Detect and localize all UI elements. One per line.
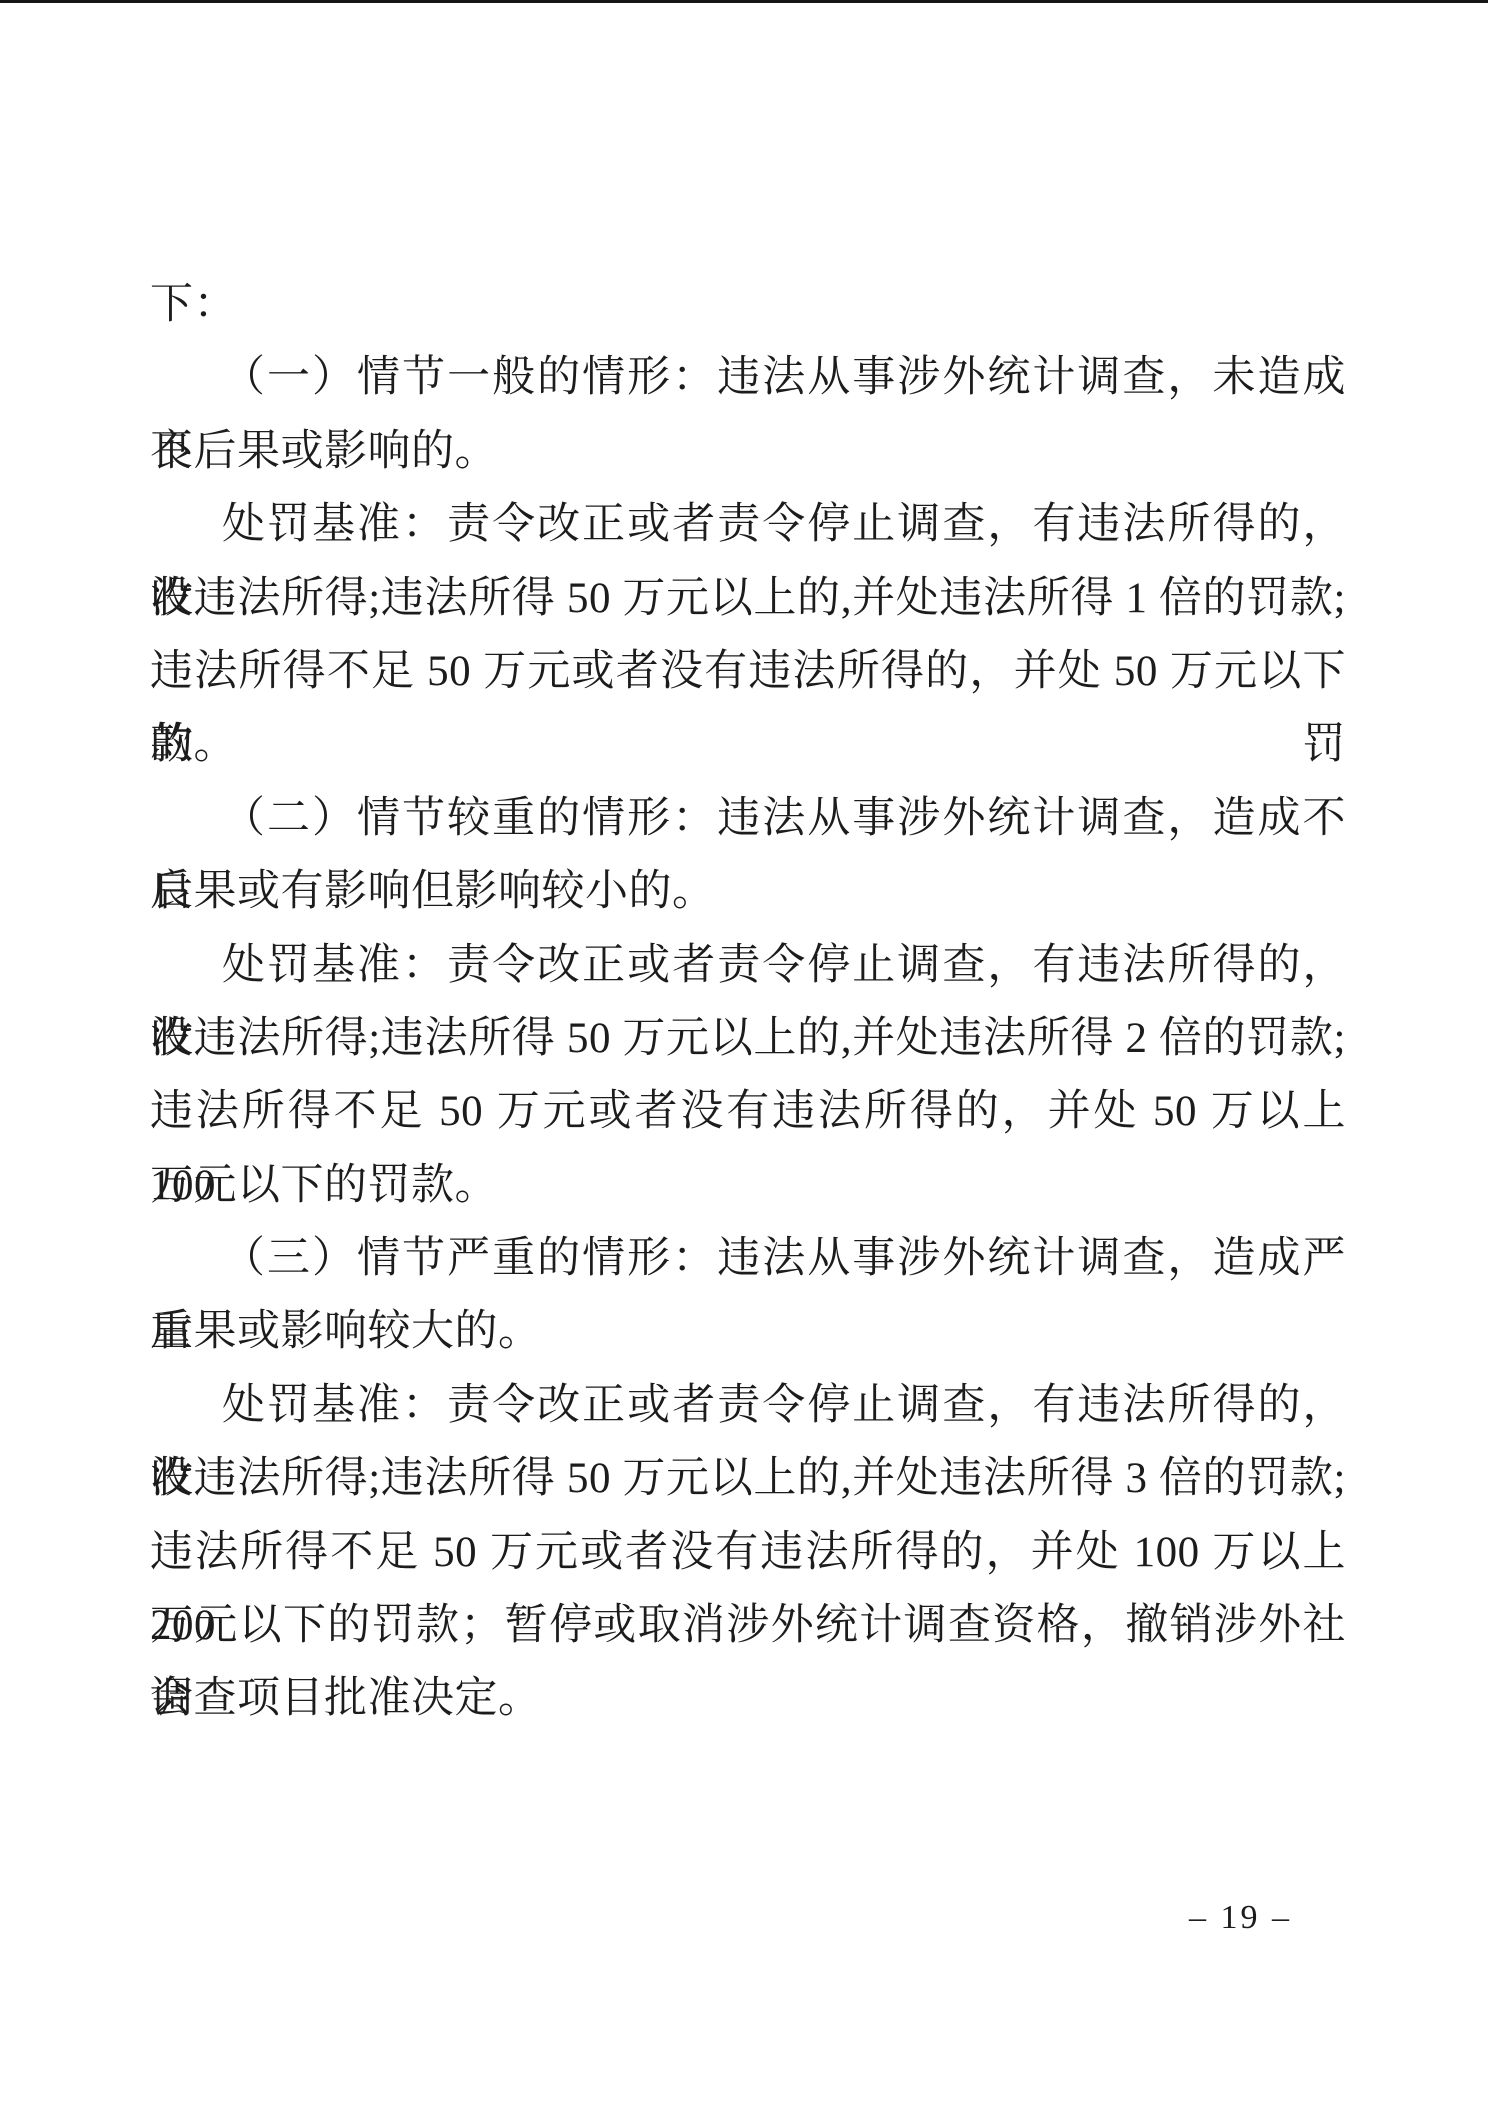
scan-border-top [0, 0, 1488, 3]
document-page: 下： （一）情节一般的情形：违法从事涉外统计调查，未造成不 良后果或影响的。 处… [150, 268, 1346, 1736]
page-number: – 19 – [1189, 1898, 1292, 1938]
text-line: 下： [150, 268, 1346, 341]
text-line: 调查项目批准决定。 [150, 1662, 1346, 1735]
text-line: 收违法所得;违法所得 50 万元以上的,并处违法所得 1 倍的罚款; [150, 562, 1346, 635]
text-line: （二）情节较重的情形：违法从事涉外统计调查，造成不良 [150, 782, 1346, 855]
text-line: 违法所得不足 50 万元或者没有违法所得的，并处 50 万元以下的罚 [150, 635, 1346, 708]
text-line: 收违法所得;违法所得 50 万元以上的,并处违法所得 2 倍的罚款; [150, 1002, 1346, 1075]
text-line: 违法所得不足 50 万元或者没有违法所得的，并处 50 万以上 100 [150, 1075, 1346, 1148]
text-line: 处罚基准：责令改正或者责令停止调查，有违法所得的，没 [150, 488, 1346, 561]
text-line: （一）情节一般的情形：违法从事涉外统计调查，未造成不 [150, 341, 1346, 414]
text-line: 后果或有影响但影响较小的。 [150, 855, 1346, 928]
text-line: 处罚基准：责令改正或者责令停止调查，有违法所得的，没 [150, 1369, 1346, 1442]
text-line: 后果或影响较大的。 [150, 1295, 1346, 1368]
text-line: （三）情节严重的情形：违法从事涉外统计调查，造成严重 [150, 1222, 1346, 1295]
text-line: 收违法所得;违法所得 50 万元以上的,并处违法所得 3 倍的罚款; [150, 1442, 1346, 1515]
text-line: 违法所得不足 50 万元或者没有违法所得的，并处 100 万以上 200 [150, 1516, 1346, 1589]
text-line: 万元以下的罚款。 [150, 1149, 1346, 1222]
text-line: 处罚基准：责令改正或者责令停止调查，有违法所得的，没 [150, 929, 1346, 1002]
text-line: 良后果或影响的。 [150, 415, 1346, 488]
text-line: 万元以下的罚款；暂停或取消涉外统计调查资格，撤销涉外社会 [150, 1589, 1346, 1662]
